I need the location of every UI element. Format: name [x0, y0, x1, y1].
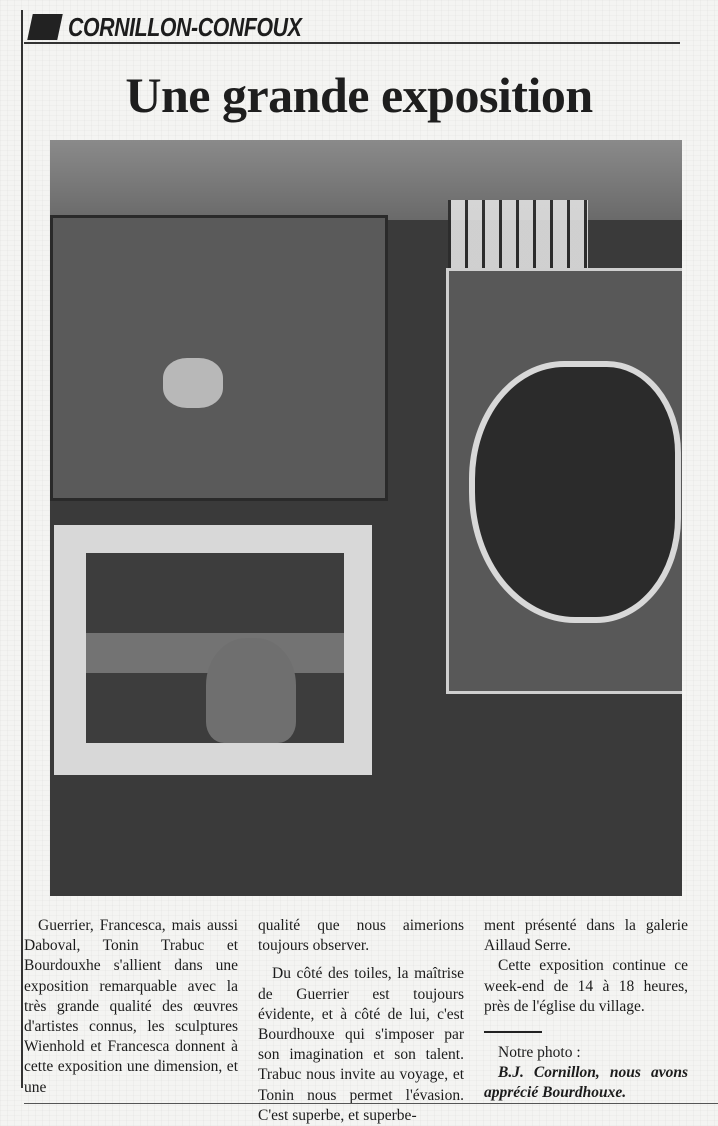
- article-column-1: Guerrier, Francesca, mais aussi Daboval,…: [24, 916, 238, 1098]
- kicker-rule: [24, 42, 680, 44]
- article-column-2: qualité que nous aimerions toujours obse…: [258, 916, 464, 1126]
- article-photo: [50, 140, 682, 896]
- photo-caption-text: B.J. Cornillon, nous avons apprécié Bour…: [484, 1063, 688, 1103]
- paragraph: Guerrier, Francesca, mais aussi Daboval,…: [24, 916, 238, 1098]
- photo-painting-portrait: [54, 525, 372, 775]
- paragraph: Cette exposition continue ce week-end de…: [484, 956, 688, 1017]
- kicker-label: CORNILLON-CONFOUX: [68, 12, 301, 43]
- article-column-3: ment présenté dans la galerie Aillaud Se…: [484, 916, 688, 1104]
- section-kicker: CORNILLON-CONFOUX: [30, 12, 353, 42]
- paragraph-continuation: qualité que nous aimerions toujours obse…: [258, 916, 464, 956]
- photo-painting-top-left: [50, 215, 388, 501]
- photo-caption-label: Notre photo :: [484, 1043, 688, 1063]
- bottom-rule: [24, 1103, 718, 1104]
- caption-rule: [484, 1031, 542, 1033]
- photo-window-grid: [448, 200, 588, 270]
- headline: Une grande exposition: [0, 66, 718, 124]
- paragraph: Du côté des toiles, la maîtrise de Guerr…: [258, 964, 464, 1126]
- photo-painting-right: [446, 268, 682, 694]
- kicker-square-icon: [27, 14, 63, 40]
- column-rule-left: [21, 10, 23, 1088]
- paragraph-continuation: ment présenté dans la galerie Aillaud Se…: [484, 916, 688, 956]
